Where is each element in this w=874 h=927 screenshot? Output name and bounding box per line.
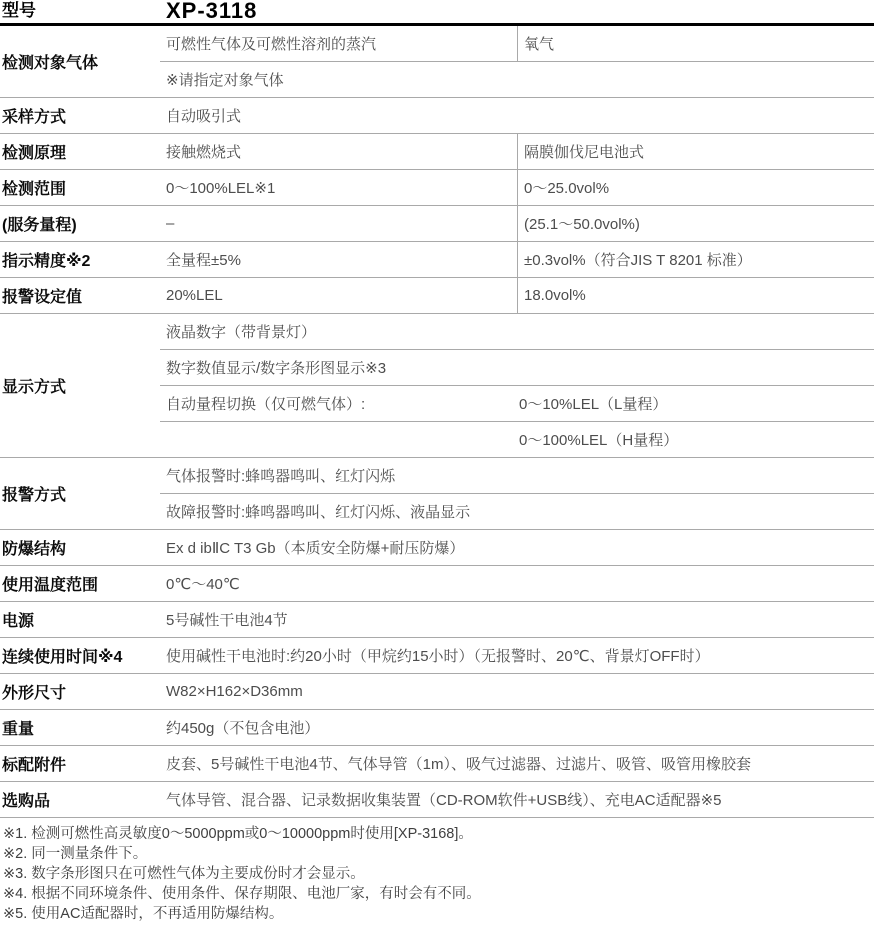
cell-alarm-fault: 故障报警时:蜂鸣器鸣叫、红灯闪烁、液晶显示: [160, 494, 874, 529]
alarm-subrows: 气体报警时:蜂鸣器鸣叫、红灯闪烁 故障报警时:蜂鸣器鸣叫、红灯闪烁、液晶显示: [160, 458, 874, 529]
cell-temp-range: 0℃〜40℃: [160, 566, 874, 601]
row-sampling: 采样方式 自动吸引式: [0, 98, 874, 134]
cell-combustible-gas: 可燃性气体及可燃性溶剂的蒸汽: [160, 26, 517, 61]
cell-principle-oxygen: 隔膜伽伐尼电池式: [517, 134, 874, 169]
row-dimensions: 外形尺寸 W82×H162×D36mm: [0, 674, 874, 710]
row-explosion-proof: 防爆结构 Ex d ibⅡC T3 Gb（本质安全防爆+耐压防爆）: [0, 530, 874, 566]
cell-service-range-oxygen: (25.1〜50.0vol%): [517, 206, 874, 241]
footnote-4: ※4. 根据不同环境条件、使用条件、保存期限、电池厂家，有时会有不同。: [3, 884, 874, 904]
spec-sheet: 型号 XP-3118 检测对象气体 可燃性气体及可燃性溶剂的蒸汽 氧气 ※请指定…: [0, 0, 874, 924]
cell-sampling: 自动吸引式: [160, 98, 874, 133]
row-label: 重量: [0, 710, 160, 745]
footnote-2: ※2. 同一测量条件下。: [3, 844, 874, 864]
display-subrow-3: 自动量程切换（仅可燃气体）: 0〜10%LEL（L量程）: [160, 386, 874, 422]
row-label: 指示精度※2: [0, 242, 160, 277]
detect-gas-subrows: 可燃性气体及可燃性溶剂的蒸汽 氧气 ※请指定对象气体: [160, 26, 874, 97]
title-row: 型号 XP-3118: [0, 0, 874, 26]
row-accuracy: 指示精度※2 全量程±5% ±0.3vol%（符合JIS T 8201 标准）: [0, 242, 874, 278]
cell-alarm-setpoint-oxygen: 18.0vol%: [517, 278, 874, 313]
row-display: 显示方式 液晶数字（带背景灯） 数字数值显示/数字条形图显示※3 自动量程切换（…: [0, 314, 874, 458]
cell-battery-life: 使用碱性干电池时:约20小时（甲烷约15小时）（无报警时、20℃、背景灯OFF时…: [160, 638, 874, 673]
row-label: 使用温度范围: [0, 566, 160, 601]
cell-auto-range-spacer: [160, 422, 519, 457]
row-accessories: 标配附件 皮套、5号碱性干电池4节、气体导管（1m）、吸气过滤器、过滤片、吸管、…: [0, 746, 874, 782]
cell-accuracy-oxygen: ±0.3vol%（符合JIS T 8201 标准）: [517, 242, 874, 277]
row-label: 检测范围: [0, 170, 160, 205]
row-label: 标配附件: [0, 746, 160, 781]
cell-service-range-combustible: –: [160, 206, 517, 241]
row-battery-life: 连续使用时间※4 使用碱性干电池时:约20小时（甲烷约15小时）（无报警时、20…: [0, 638, 874, 674]
cell-power: 5号碱性干电池4节: [160, 602, 874, 637]
display-subrow-2: 数字数值显示/数字条形图显示※3: [160, 350, 874, 386]
row-label: 选购品: [0, 782, 160, 817]
model-value: XP-3118: [160, 0, 257, 22]
detect-gas-subrow-1: 可燃性气体及可燃性溶剂的蒸汽 氧气: [160, 26, 874, 62]
row-label: 检测对象气体: [0, 26, 160, 97]
cell-range-oxygen: 0〜25.0vol%: [517, 170, 874, 205]
row-label: (服务量程): [0, 206, 160, 241]
detect-gas-subrow-2: ※请指定对象气体: [160, 62, 874, 97]
cell-oxygen: 氧气: [517, 26, 874, 61]
row-service-range: (服务量程) – (25.1〜50.0vol%): [0, 206, 874, 242]
row-alarm-setpoint: 报警设定值 20%LEL 18.0vol%: [0, 278, 874, 314]
row-detect-gas: 检测对象气体 可燃性气体及可燃性溶剂的蒸汽 氧气 ※请指定对象气体: [0, 26, 874, 98]
row-weight: 重量 约450g（不包含电池）: [0, 710, 874, 746]
row-temp-range: 使用温度范围 0℃〜40℃: [0, 566, 874, 602]
model-label: 型号: [0, 0, 160, 22]
cell-explosion-proof: Ex d ibⅡC T3 Gb（本质安全防爆+耐压防爆）: [160, 530, 874, 565]
row-alarm: 报警方式 气体报警时:蜂鸣器鸣叫、红灯闪烁 故障报警时:蜂鸣器鸣叫、红灯闪烁、液…: [0, 458, 874, 530]
cell-options: 气体导管、混合器、记录数据收集装置（CD-ROM软件+USB线）、充电AC适配器…: [160, 782, 874, 817]
row-label: 采样方式: [0, 98, 160, 133]
footnotes: ※1. 检测可燃性高灵敏度0〜5000ppm或0〜10000ppm时使用[XP-…: [0, 818, 874, 924]
cell-alarm-gas: 气体报警时:蜂鸣器鸣叫、红灯闪烁: [160, 458, 874, 493]
row-label: 外形尺寸: [0, 674, 160, 709]
row-options: 选购品 气体导管、混合器、记录数据收集装置（CD-ROM软件+USB线）、充电A…: [0, 782, 874, 818]
cell-auto-range-low: 0〜10%LEL（L量程）: [519, 386, 874, 421]
display-subrows: 液晶数字（带背景灯） 数字数值显示/数字条形图显示※3 自动量程切换（仅可燃气体…: [160, 314, 874, 457]
cell-range-combustible: 0〜100%LEL※1: [160, 170, 517, 205]
cell-display-digital: 数字数值显示/数字条形图显示※3: [160, 350, 874, 385]
cell-weight: 约450g（不包含电池）: [160, 710, 874, 745]
cell-principle-combustible: 接触燃烧式: [160, 134, 517, 169]
alarm-subrow-1: 气体报警时:蜂鸣器鸣叫、红灯闪烁: [160, 458, 874, 494]
cell-alarm-setpoint-combustible: 20%LEL: [160, 278, 517, 313]
row-label: 报警设定值: [0, 278, 160, 313]
row-label: 电源: [0, 602, 160, 637]
footnote-1: ※1. 检测可燃性高灵敏度0〜5000ppm或0〜10000ppm时使用[XP-…: [3, 824, 874, 844]
row-principle: 检测原理 接触燃烧式 隔膜伽伐尼电池式: [0, 134, 874, 170]
cell-auto-range-high: 0〜100%LEL（H量程）: [519, 422, 874, 457]
footnote-5: ※5. 使用AC适配器时，不再适用防爆结构。: [3, 904, 874, 924]
cell-auto-range-label: 自动量程切换（仅可燃气体）:: [160, 386, 519, 421]
alarm-subrow-2: 故障报警时:蜂鸣器鸣叫、红灯闪烁、液晶显示: [160, 494, 874, 529]
row-label: 防爆结构: [0, 530, 160, 565]
display-subrow-4: 0〜100%LEL（H量程）: [160, 422, 874, 457]
cell-display-lcd: 液晶数字（带背景灯）: [160, 314, 874, 349]
cell-gas-note: ※请指定对象气体: [160, 62, 874, 97]
cell-accessories: 皮套、5号碱性干电池4节、气体导管（1m）、吸气过滤器、过滤片、吸管、吸管用橡胶…: [160, 746, 874, 781]
row-range: 检测范围 0〜100%LEL※1 0〜25.0vol%: [0, 170, 874, 206]
row-label: 显示方式: [0, 314, 160, 457]
footnote-3: ※3. 数字条形图只在可燃性气体为主要成份时才会显示。: [3, 864, 874, 884]
cell-accuracy-combustible: 全量程±5%: [160, 242, 517, 277]
display-subrow-1: 液晶数字（带背景灯）: [160, 314, 874, 350]
row-label: 检测原理: [0, 134, 160, 169]
row-label: 连续使用时间※4: [0, 638, 160, 673]
row-power: 电源 5号碱性干电池4节: [0, 602, 874, 638]
row-label: 报警方式: [0, 458, 160, 529]
cell-dimensions: W82×H162×D36mm: [160, 674, 874, 709]
